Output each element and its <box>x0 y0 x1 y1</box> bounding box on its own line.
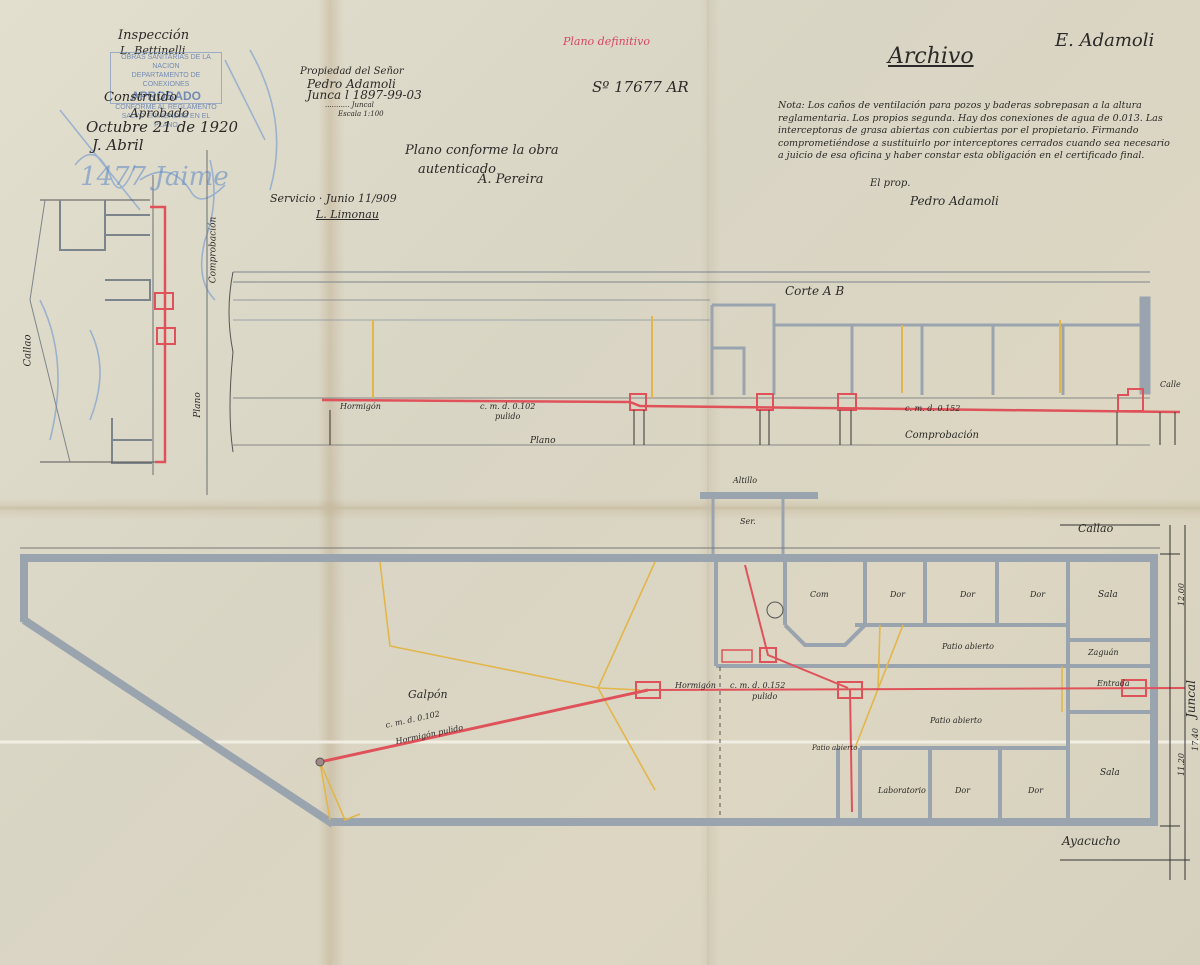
section-pipe-material: Hormigón <box>340 402 381 411</box>
file-number: Sº 17677 AR <box>592 78 689 96</box>
conformity-signature: A. Pereira <box>478 172 544 187</box>
section-ab-drawing <box>229 272 1180 452</box>
section-street: Calle <box>1160 380 1181 389</box>
plan-pipe-material: Hormigón <box>675 681 716 690</box>
right-street-label: Juncal <box>1184 680 1198 718</box>
left-section-callao: Callao <box>23 335 34 367</box>
archive-label: Archivo <box>888 44 974 69</box>
top-street-label: Callao <box>1078 522 1113 535</box>
dimension-front-bottom: 11.20 <box>1177 753 1186 776</box>
bottom-street-label: Ayacucho <box>1062 834 1120 848</box>
stamp-line-1: OBRAS SANITARIAS DE LA NACION <box>111 53 221 71</box>
section-comprobation: Comprobación <box>905 430 979 441</box>
stamp-line-2: DEPARTAMENTO DE CONEXIONES <box>111 71 221 89</box>
left-section-plane: Plano <box>193 392 203 418</box>
plan-sheet: Inspección L. Bettinelli OBRAS SANITARIA… <box>0 0 1200 965</box>
floor-plan-drawing <box>20 492 1190 880</box>
room-label: Dor <box>1030 590 1045 599</box>
service-signature: L. Limonau <box>316 208 379 221</box>
constructed-label: Construido <box>104 90 177 105</box>
room-label: Com <box>810 590 829 599</box>
note-signature: Pedro Adamoli <box>910 194 999 208</box>
section-plane: Plano <box>530 436 556 446</box>
section-pipe-spec2: pulido <box>495 412 520 421</box>
warehouse-label: Galpón <box>408 688 448 701</box>
room-label: Dor <box>960 590 975 599</box>
blue-pencil-annotation: 1477 Jaime <box>80 162 229 192</box>
room-label: Patio abierto <box>942 642 994 651</box>
owner-line-3: Junca l 1897-99-03 <box>307 88 422 102</box>
owner-line-5: Escala 1:100 <box>338 110 384 118</box>
room-label: Zaguán <box>1088 648 1119 657</box>
room-label: Sala <box>1098 590 1118 600</box>
section-pipe-spec: c. m. d. 0.102 <box>480 402 535 411</box>
room-label: Patio abierto <box>812 744 857 752</box>
dimension-front-top: 12.00 <box>1177 583 1186 606</box>
service-note: Servicio · Junio 11/909 <box>270 192 397 205</box>
room-label: Dor <box>1028 786 1043 795</box>
dimension-total: 17.40 <box>1191 728 1200 751</box>
plan-title: Plano definitivo <box>563 35 650 48</box>
approval-date: Octubre 21 de 1920 <box>86 118 238 136</box>
section-pipe-right: c. m. d. 0.152 <box>905 404 960 413</box>
annex-label: Altillo <box>733 476 757 485</box>
note-closing: El prop. <box>870 178 910 189</box>
conformity-line-1: Plano conforme la obra <box>405 143 559 158</box>
room-label: Dor <box>890 590 905 599</box>
inspector-label: Inspección <box>118 28 189 43</box>
room-label: Laboratorio <box>878 786 926 795</box>
section-title: Corte A B <box>785 284 844 298</box>
room-label: Patio abierto <box>930 716 982 725</box>
room-label: Sala <box>1100 768 1120 778</box>
left-section-comprobation: Comprobación <box>208 217 218 284</box>
owner-line-4: ........... Juncal <box>325 101 374 109</box>
plan-pipe-spec: c. m. d. 0.152 <box>730 681 785 690</box>
main-note: Nota: Los caños de ventilación para pozo… <box>778 100 1178 163</box>
plan-pipe-spec2: pulido <box>752 692 777 701</box>
owner-line-1: Propiedad del Señor <box>300 66 404 77</box>
room-label: Dor <box>955 786 970 795</box>
approval-signature: J. Abril <box>92 136 144 154</box>
archive-signature: E. Adamoli <box>1055 30 1154 51</box>
room-label: Entrada <box>1097 679 1130 688</box>
service-room-label: Ser. <box>740 517 756 526</box>
left-section-drawing <box>30 150 207 495</box>
